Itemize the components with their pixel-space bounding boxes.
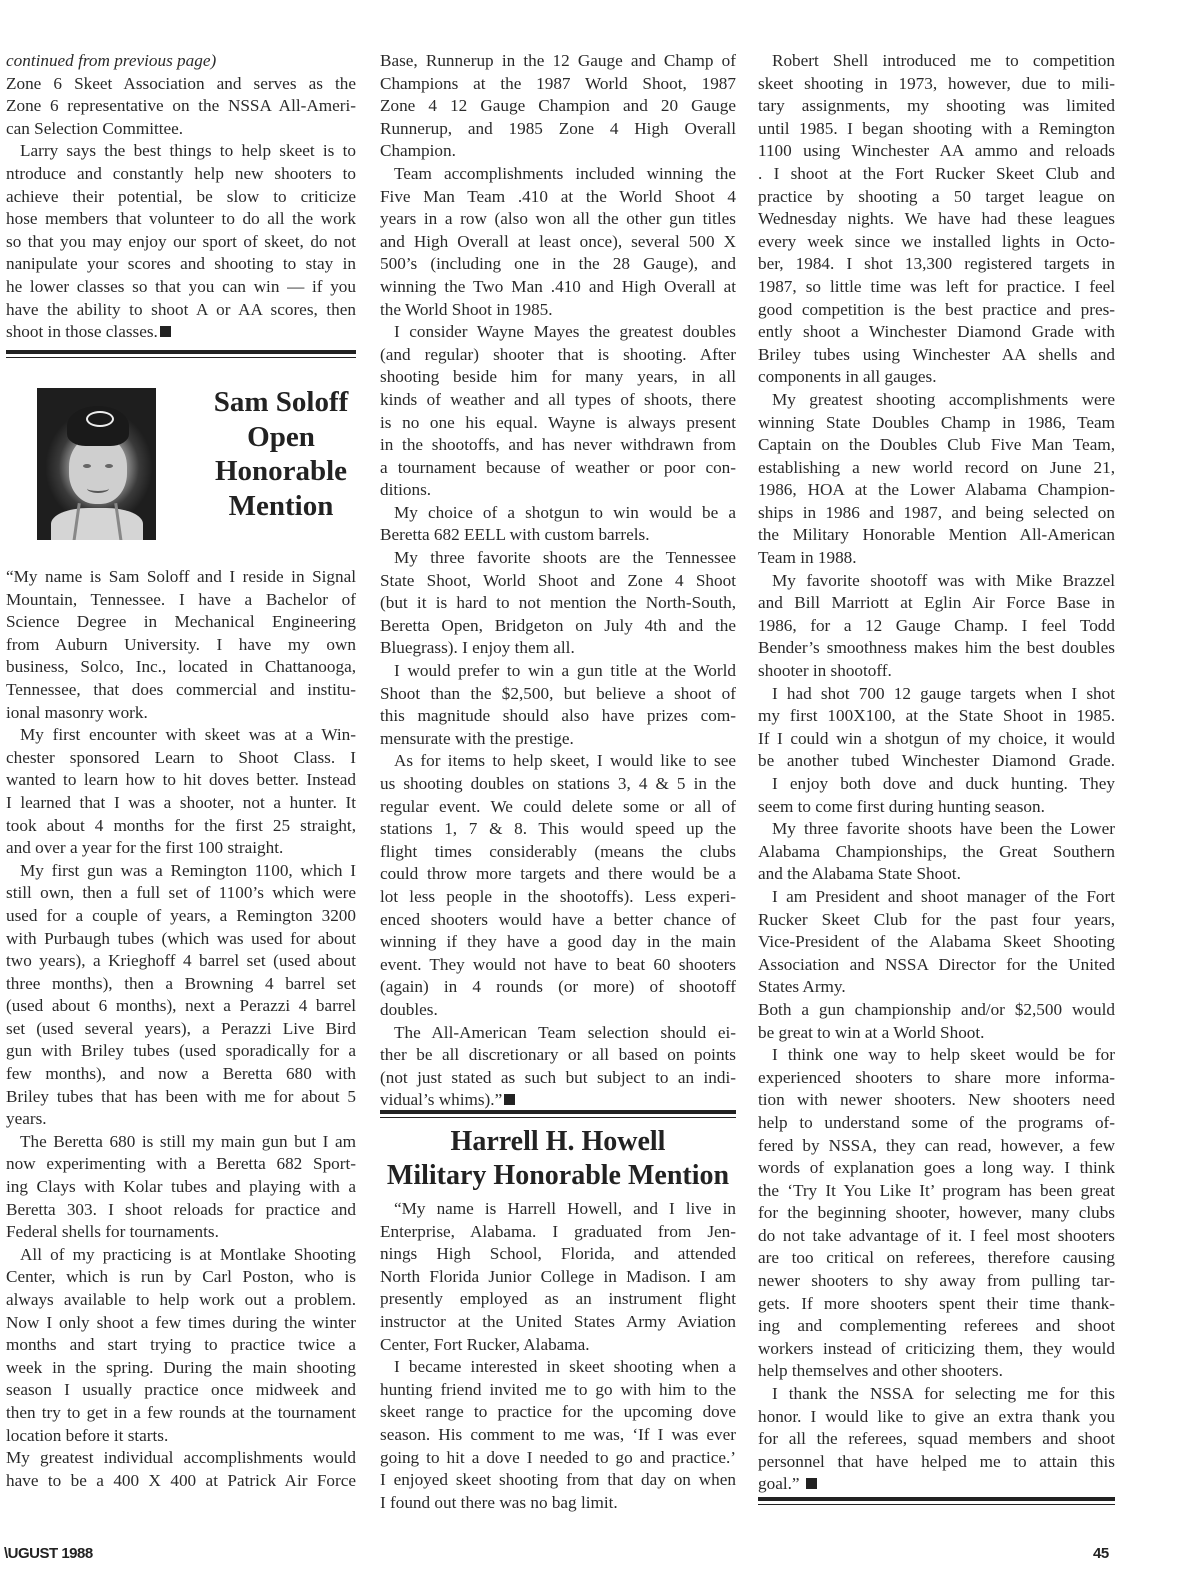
text-line: Briley tubes that has been with me for a… — [6, 1086, 356, 1109]
text-line: can Selection Committee. — [6, 118, 356, 141]
photo-smile — [87, 484, 109, 493]
text-line: vidual’s whims).” — [380, 1089, 736, 1112]
text-line: words of explanation goes a long way. I … — [758, 1157, 1115, 1180]
text-line: I would prefer to win a gun title at the… — [380, 660, 736, 683]
text-line: Science Degree in Mechanical Engineering — [6, 611, 356, 634]
text-line: ing and complementing referees and shoot — [758, 1315, 1115, 1338]
photo-shirt — [51, 508, 143, 540]
text-line: have to be a 400 X 400 at Patrick Air Fo… — [6, 1470, 356, 1493]
text-line: “My name is Harrell Howell, and I live i… — [380, 1198, 736, 1221]
text-line: If I could win a shotgun of my choice, i… — [758, 728, 1115, 751]
text-line: ing Clays with Kolar tubes and playing w… — [6, 1176, 356, 1199]
text-line: ntroduce and constantly help new shooter… — [6, 163, 356, 186]
text-line: I think one way to help skeet would be f… — [758, 1044, 1115, 1067]
end-mark-icon — [160, 326, 171, 337]
text-line: then try to get in a few rounds at the t… — [6, 1402, 356, 1425]
text-line: gun with Briley tubes (used sporadically… — [6, 1040, 356, 1063]
text-line: Alabama Championships, the Great Souther… — [758, 841, 1115, 864]
section-divider-thin — [6, 357, 356, 358]
text-line: Beretta 303. I shoot reloads for practic… — [6, 1199, 356, 1222]
text-line: the ‘Try It You Like It’ program has bee… — [758, 1180, 1115, 1203]
page-number: 45 — [1093, 1545, 1109, 1562]
text-line: is no one his equal. Wayne is always pre… — [380, 412, 736, 435]
text-line: tion with newer shooters. New shooters n… — [758, 1089, 1115, 1112]
text-line: location before it starts. — [6, 1425, 356, 1448]
text-line: event. They would not have to beat 60 sh… — [380, 954, 736, 977]
text-line: now experimenting with a Beretta 682 Spo… — [6, 1153, 356, 1176]
text-line: My first encounter with skeet was at a W… — [6, 724, 356, 747]
text-line: Base, Runnerup in the 12 Gauge and Champ… — [380, 50, 736, 73]
text-line: a tournament because of weather or poor … — [380, 457, 736, 480]
text-line: 1100 using Winchester AA ammo and reload… — [758, 140, 1115, 163]
text-line: newer shooters to shy away from pulling … — [758, 1270, 1115, 1293]
text-line: Bender’s smoothness makes him the best d… — [758, 637, 1115, 660]
column-1: continued from previous page) Zone 6 Ske… — [6, 50, 356, 344]
text-line: and over a year for the first 100 straig… — [6, 837, 356, 860]
text-line: Bluegrass). I enjoy them all. — [380, 637, 736, 660]
text-line: winning if they have a good day in the m… — [380, 931, 736, 954]
text-line: ships in 1986 and 1987, and being select… — [758, 502, 1115, 525]
text-line: chester sponsored Learn to Shoot Class. … — [6, 747, 356, 770]
text-line: be another tubed Winchester Diamond Grad… — [758, 750, 1115, 773]
text-line: I had shot 700 12 gauge targets when I s… — [758, 683, 1115, 706]
section-divider-thin — [758, 1504, 1115, 1505]
text-line: and High Overall at least once), several… — [380, 231, 736, 254]
text-line: experienced shooters to share more infor… — [758, 1067, 1115, 1090]
text-line: I thank the NSSA for selecting me for th… — [758, 1383, 1115, 1406]
text-line: business, Solco, Inc., located in Chatta… — [6, 656, 356, 679]
text-line: Federal shells for tournaments. — [6, 1221, 356, 1244]
text-line: Larry says the best things to help skeet… — [6, 140, 356, 163]
section-divider-thick — [6, 350, 356, 354]
text-line: Vice-President of the Alabama Skeet Shoo… — [758, 931, 1115, 954]
section-divider-thick — [758, 1497, 1115, 1501]
heading-name: Harrell H. Howell — [380, 1125, 736, 1159]
text-line: kinds of weather and all types of shoots… — [380, 389, 736, 412]
text-line: months and start trying to practice twic… — [6, 1334, 356, 1357]
text-line: so that you may enjoy our sport of skeet… — [6, 231, 356, 254]
photo-eye — [105, 464, 113, 468]
text-line: I am President and shoot manager of the … — [758, 886, 1115, 909]
text-line: ional masonry work. — [6, 702, 356, 725]
text-line: ditions. — [380, 479, 736, 502]
text-line: still own, then a full set of 1100’s whi… — [6, 882, 356, 905]
text-line: hunting friend invited me to go with him… — [380, 1379, 736, 1402]
text-line: ber, 1984. I shot 13,300 registered targ… — [758, 253, 1115, 276]
text-line: in the shootoffs, and has never withdraw… — [380, 434, 736, 457]
text-line: All of my practicing is at Montlake Shoo… — [6, 1244, 356, 1267]
text-line: Robert Shell introduced me to competitio… — [758, 50, 1115, 73]
text-line: until 1985. I began shooting with a Remi… — [758, 118, 1115, 141]
text-line: Center, which is run by Carl Poston, who… — [6, 1266, 356, 1289]
sam-soloff-heading: Sam Soloff Open Honorable Mention — [196, 385, 366, 523]
text-line: regular event. We could delete some or a… — [380, 796, 736, 819]
text-line: 1987, so little time was left for practi… — [758, 276, 1115, 299]
text-line: . I shoot at the Fort Rucker Skeet Club … — [758, 163, 1115, 186]
text-line: (but it is hard to not mention the North… — [380, 592, 736, 615]
issue-date: \UGUST 1988 — [4, 1545, 93, 1562]
text-line: Captain on the Doubles Club Five Man Tea… — [758, 434, 1115, 457]
text-line: Mountain, Tennessee. I have a Bachelor o… — [6, 589, 356, 612]
text-line: few months), and now a Beretta 680 with — [6, 1063, 356, 1086]
heading-category: Honorable — [196, 454, 366, 489]
section-divider-thin — [380, 1117, 736, 1118]
text-line: years. — [6, 1108, 356, 1131]
text-line: three months), then a Browning 4 barrel … — [6, 973, 356, 996]
text-line: The Beretta 680 is still my main gun but… — [6, 1131, 356, 1154]
photo-face — [69, 436, 127, 504]
text-line: Shoot than the $2,500, but believe a sho… — [380, 683, 736, 706]
text-line: from Auburn University. I have my own — [6, 634, 356, 657]
text-line: presently employed as an instrument flig… — [380, 1288, 736, 1311]
text-line: doubles. — [380, 999, 736, 1022]
text-line: I became interested in skeet shooting wh… — [380, 1356, 736, 1379]
text-line: goal.” — [758, 1473, 1115, 1496]
text-line: My three favorite shoots are the Tenness… — [380, 547, 736, 570]
text-line: Beretta Open, Bridgeton on July 4th and … — [380, 615, 736, 638]
text-line: Five Man Team .410 at the World Shoot 4 — [380, 186, 736, 209]
photo-eye — [83, 464, 91, 468]
text-line: us shooting doubles on stations 3, 4 & 5… — [380, 773, 736, 796]
text-line: help themselves and other shooters. — [758, 1360, 1115, 1383]
section-divider-thick — [380, 1110, 736, 1114]
text-line: he lower classes so that you can win — i… — [6, 276, 356, 299]
text-line: shooting beside him for many years, in a… — [380, 366, 736, 389]
text-line: Team in 1988. — [758, 547, 1115, 570]
text-line: wanted to learn how to hit doves better.… — [6, 769, 356, 792]
text-line: winning the Two Man .410 and High Overal… — [380, 276, 736, 299]
text-line: skeet range to practice for the upcoming… — [380, 1401, 736, 1424]
text-fragment: shoot in those classes. — [6, 322, 158, 341]
text-line: Champion. — [380, 140, 736, 163]
text-line: “My name is Sam Soloff and I reside in S… — [6, 566, 356, 589]
text-line: Rucker Skeet Club for the past four year… — [758, 909, 1115, 932]
text-line: help to understand some of the programs … — [758, 1112, 1115, 1135]
text-line: week in the spring. During the main shoo… — [6, 1357, 356, 1380]
text-line: Zone 6 representative on the NSSA All-Am… — [6, 95, 356, 118]
text-line: the Military Honorable Mention All-Ameri… — [758, 524, 1115, 547]
cap-logo-icon — [86, 411, 114, 427]
column-2: Base, Runnerup in the 12 Gauge and Champ… — [380, 50, 736, 1112]
text-line: and the Alabama State Shoot. — [758, 863, 1115, 886]
text-line: gets. If more shooters spent their time … — [758, 1293, 1115, 1316]
text-line: Zone 6 Skeet Association and serves as t… — [6, 73, 356, 96]
sam-soloff-article: “My name is Sam Soloff and I reside in S… — [6, 566, 356, 1492]
text-line: enced shooters would have a better chanc… — [380, 909, 736, 932]
text-line: My three favorite shoots have been the L… — [758, 818, 1115, 841]
text-line: every week since we installed lights in … — [758, 231, 1115, 254]
text-line: seem to come first during hunting season… — [758, 796, 1115, 819]
text-line: My first gun was a Remington 1100, which… — [6, 860, 356, 883]
heading-category: Military Honorable Mention — [380, 1159, 736, 1193]
text-line: my first 100X100, at the State Shoot in … — [758, 705, 1115, 728]
text-line: Now I only shoot a few times during the … — [6, 1312, 356, 1335]
text-line: Both a gun championship and/or $2,500 wo… — [758, 999, 1115, 1022]
text-line: always available to help work out a prob… — [6, 1289, 356, 1312]
text-line: I consider Wayne Mayes the greatest doub… — [380, 321, 736, 344]
text-line: components in all gauges. — [758, 366, 1115, 389]
end-mark-icon — [806, 1478, 817, 1489]
text-line: season. His comment to me was, ‘If I was… — [380, 1424, 736, 1447]
text-line: Briley tubes using Winchester AA shells … — [758, 344, 1115, 367]
continued-label: continued from previous page) — [6, 50, 356, 73]
harrell-howell-article: “My name is Harrell Howell, and I live i… — [380, 1198, 736, 1514]
text-line: flight times considerably (means the clu… — [380, 841, 736, 864]
text-line: Enterprise, Alabama. I graduated from Je… — [380, 1221, 736, 1244]
text-line: instructor at the United States Army Avi… — [380, 1311, 736, 1334]
text-line: honor. I would like to give an extra tha… — [758, 1406, 1115, 1429]
harrell-howell-heading: Harrell H. Howell Military Honorable Men… — [380, 1125, 736, 1193]
text-line: mensurate with the prestige. — [380, 728, 736, 751]
text-line: skeet shooting in 1973, however, due to … — [758, 73, 1115, 96]
text-line: could throw more targets and there would… — [380, 863, 736, 886]
text-line: used for a couple of years, a Remington … — [6, 905, 356, 928]
text-line: Center, Fort Rucker, Alabama. — [380, 1334, 736, 1357]
text-fragment: goal.” — [758, 1474, 800, 1493]
text-line: achieve their potential, be slow to crit… — [6, 186, 356, 209]
text-line: ently shoot a Winchester Diamond Grade w… — [758, 321, 1115, 344]
text-line: (again) in 4 rounds (or more) of shootof… — [380, 976, 736, 999]
end-mark-icon — [504, 1094, 515, 1105]
text-line: personnel that have helped me to attain … — [758, 1451, 1115, 1474]
text-line: North Florida Junior College in Madison.… — [380, 1266, 736, 1289]
text-line: practice by shooting a 50 target league … — [758, 186, 1115, 209]
text-line: shooter in shootoff. — [758, 660, 1115, 683]
heading-name: Sam Soloff — [196, 385, 366, 420]
text-line: Team accomplishments included winning th… — [380, 163, 736, 186]
heading-category: Open — [196, 420, 366, 455]
text-line: My favorite shootoff was with Mike Brazz… — [758, 570, 1115, 593]
text-line: for the beginning shooter, however, many… — [758, 1202, 1115, 1225]
text-line: workers instead of criticizing them, the… — [758, 1338, 1115, 1361]
text-line: (used about 6 months), next a Perazzi 4 … — [6, 995, 356, 1018]
text-line: years in a row (also won all the other g… — [380, 208, 736, 231]
text-line: I enjoyed skeet shooting from that day o… — [380, 1469, 736, 1492]
text-line: two years), a Krieghoff 4 barrel set (us… — [6, 950, 356, 973]
text-line: 1986, HOA at the Lower Alabama Champion- — [758, 479, 1115, 502]
text-line: fered by NSSA, they can read, however, a… — [758, 1135, 1115, 1158]
text-line: stations 1, 7 & 8. This would speed up t… — [380, 818, 736, 841]
text-line: State Shoot, World Shoot and Zone 4 Shoo… — [380, 570, 736, 593]
text-line: shoot in those classes. — [6, 321, 356, 344]
text-line: Beretta 682 EELL with custom barrels. — [380, 524, 736, 547]
text-line: Tennessee, that does commercial and inst… — [6, 679, 356, 702]
text-line: 1986, for a 12 Gauge Champ. I feel Todd — [758, 615, 1115, 638]
text-line: Runnerup, and 1985 Zone 4 High Overall — [380, 118, 736, 141]
text-line: nanipulate your scores and shooting to s… — [6, 253, 356, 276]
column-3: Robert Shell introduced me to competitio… — [758, 50, 1115, 1496]
text-line: As for items to help skeet, I would like… — [380, 750, 736, 773]
text-line: have the ability to shoot A or AA scores… — [6, 299, 356, 322]
text-line: nings High School, Florida, and attended — [380, 1243, 736, 1266]
text-line: States Army. — [758, 976, 1115, 999]
text-line: season I usually practice once midweek a… — [6, 1379, 356, 1402]
text-line: took about 4 months for the first 25 str… — [6, 815, 356, 838]
text-line: and Bill Marriott at Eglin Air Force Bas… — [758, 592, 1115, 615]
text-line: Association and NSSA Director for the Un… — [758, 954, 1115, 977]
text-fragment: vidual’s whims).” — [380, 1090, 502, 1109]
text-line: with Purbaugh tubes (which was used for … — [6, 928, 356, 951]
heading-category: Mention — [196, 489, 366, 524]
text-line: good competition is the best practice an… — [758, 299, 1115, 322]
text-line: The All-American Team selection should e… — [380, 1022, 736, 1045]
text-line: 500’s (including one in the 28 Gauge), a… — [380, 253, 736, 276]
text-line: be great to win at a World Shoot. — [758, 1022, 1115, 1045]
text-line: this magnitude should also have prizes c… — [380, 705, 736, 728]
text-line: for all the referees, squad members and … — [758, 1428, 1115, 1451]
text-line: My greatest shooting accomplishments wer… — [758, 389, 1115, 412]
text-line: Champions at the 1987 World Shoot, 1987 — [380, 73, 736, 96]
text-line: I enjoy both dove and duck hunting. They — [758, 773, 1115, 796]
text-line: (and regular) shooter that is shooting. … — [380, 344, 736, 367]
text-line: ther be all discretionary or all based o… — [380, 1044, 736, 1067]
text-line: Zone 4 12 Gauge Champion and 20 Gauge — [380, 95, 736, 118]
text-line: Wednesday nights. We have had these leag… — [758, 208, 1115, 231]
text-line: hose members that volunteer to do all th… — [6, 208, 356, 231]
text-line: going to hit a dove I needed to go and p… — [380, 1447, 736, 1470]
text-line: My greatest individual accomplishments w… — [6, 1447, 356, 1470]
text-line: establishing a new world record on June … — [758, 457, 1115, 480]
text-line: winning State Doubles Champ in 1986, Tea… — [758, 412, 1115, 435]
text-line: (not just stated as such but subject to … — [380, 1067, 736, 1090]
text-line: lot less people in the shootoffs). Less … — [380, 886, 736, 909]
text-line: My choice of a shotgun to win would be a — [380, 502, 736, 525]
text-line: I found out there was no bag limit. — [380, 1492, 736, 1515]
text-line: set (used several years), a Perazzi Live… — [6, 1018, 356, 1041]
text-line: the World Shoot in 1985. — [380, 299, 736, 322]
text-line: are too critical on referees, therefore … — [758, 1247, 1115, 1270]
text-line: do not take advantage of it. I feel most… — [758, 1225, 1115, 1248]
text-line: I learned that I was a shooter, not a hu… — [6, 792, 356, 815]
text-line: tary assignments, my shooting was limite… — [758, 95, 1115, 118]
sam-soloff-photo — [37, 388, 156, 540]
